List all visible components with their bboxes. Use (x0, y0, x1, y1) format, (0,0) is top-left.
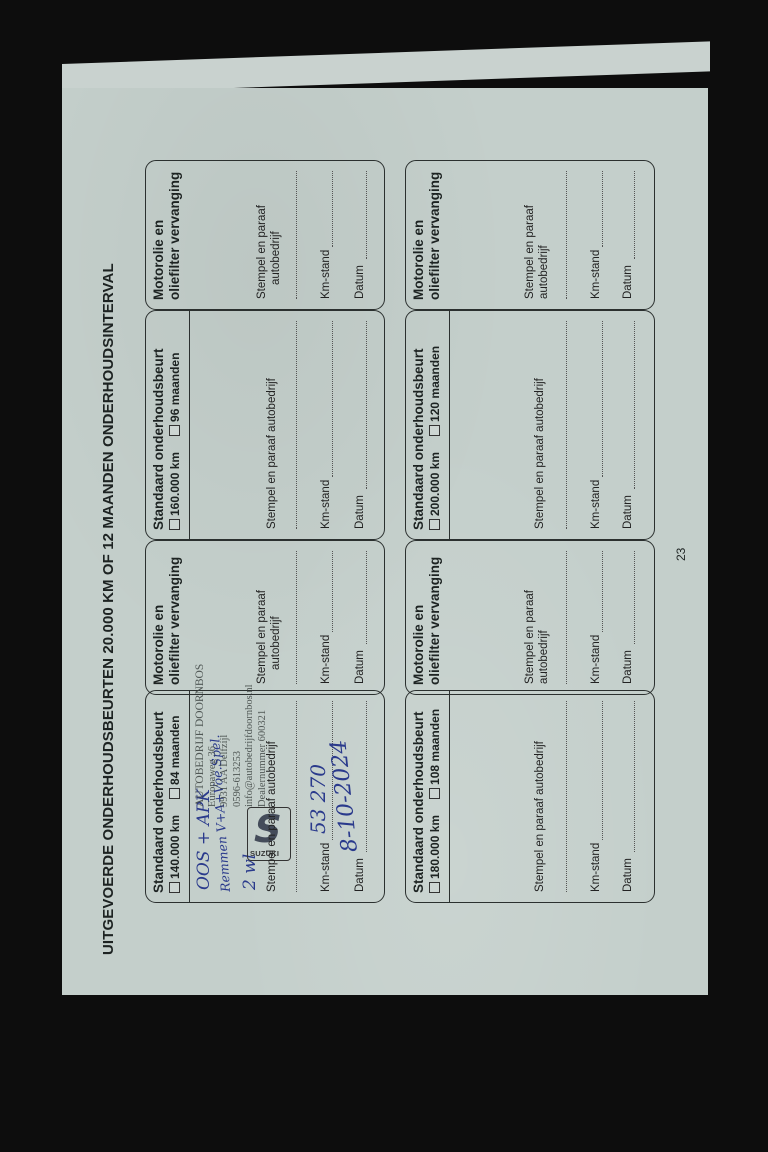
checkbox-km[interactable] (429, 882, 440, 893)
page-title: UITGEVOERDE ONDERHOUDSBEURTEN 20.000 KM … (100, 115, 117, 955)
service-box-180000: Standaard onderhoudsbeurt 180.000 km108 … (405, 690, 655, 903)
rotated-page-content: UITGEVOERDE ONDERHOUDSBEURTEN 20.000 KM … (62, 88, 708, 995)
checkbox-months[interactable] (429, 425, 440, 436)
maintenance-booklet-page: UITGEVOERDE ONDERHOUDSBEURTEN 20.000 KM … (62, 88, 708, 995)
date-line[interactable] (366, 171, 367, 259)
page-number: 23 (674, 548, 688, 561)
checkbox-months[interactable] (169, 788, 180, 799)
date-label: Datum (354, 858, 366, 892)
service-box-header: Standaard onderhoudsbeurt 160.000 km96 m… (146, 311, 190, 539)
service-box-200000: Standaard onderhoudsbeurt 200.000 km120 … (405, 310, 655, 540)
oil-box-header: Motorolie en oliefilter vervanging (406, 161, 450, 309)
oil-box-header: Motorolie en oliefilter vervanging (406, 541, 450, 694)
booklet-page-edges (62, 41, 710, 94)
stamp-label: Stempel en paraaf autobedrijf (534, 378, 546, 529)
date-line[interactable] (366, 321, 367, 489)
date-line[interactable] (634, 171, 635, 259)
signature-line (296, 321, 297, 529)
checkbox-km[interactable] (429, 519, 440, 530)
date-label: Datum (622, 650, 634, 684)
service-box-header: Standaard onderhoudsbeurt 180.000 km108 … (406, 691, 450, 902)
stamp-label: Stempel en paraaf (524, 590, 536, 684)
date-line[interactable] (366, 551, 367, 644)
km-line[interactable] (602, 701, 603, 840)
checkbox-months[interactable] (429, 788, 440, 799)
signature-line (296, 551, 297, 684)
stamp-label: Stempel en paraaf autobedrijf (534, 741, 546, 892)
km-interval: 140.000 km (168, 815, 182, 879)
oil-box-header: Motorolie en oliefilter vervanging (146, 161, 190, 309)
handwritten-km: 53 270 (306, 764, 330, 834)
checkbox-km[interactable] (169, 882, 180, 893)
stamp-label: Stempel en paraaf (256, 205, 268, 299)
oil-change-box-2: Motorolie en oliefilter vervanging Stemp… (145, 160, 385, 310)
km-line[interactable] (602, 171, 603, 247)
date-label: Datum (622, 858, 634, 892)
km-label: Km-stand (590, 843, 602, 892)
date-line[interactable] (366, 701, 367, 852)
date-label: Datum (354, 650, 366, 684)
km-label: Km-stand (320, 480, 332, 529)
signature-line (566, 701, 567, 892)
signature-line (296, 171, 297, 299)
km-line[interactable] (602, 321, 603, 477)
km-line[interactable] (332, 321, 333, 477)
km-line[interactable] (602, 551, 603, 632)
service-box-header: Standaard onderhoudsbeurt 140.000 km84 m… (146, 691, 190, 902)
oil-box-header: Motorolie en oliefilter vervanging (146, 541, 190, 694)
service-box-160000: Standaard onderhoudsbeurt 160.000 km96 m… (145, 310, 385, 540)
signature-line (566, 171, 567, 299)
signature-line (296, 701, 297, 892)
km-label: Km-stand (590, 250, 602, 299)
date-line[interactable] (634, 321, 635, 489)
km-label: Km-stand (320, 635, 332, 684)
date-label: Datum (622, 265, 634, 299)
date-line[interactable] (634, 701, 635, 852)
service-box-header: Standaard onderhoudsbeurt 200.000 km120 … (406, 311, 450, 539)
oil-change-box-4: Motorolie en oliefilter vervanging Stemp… (405, 160, 655, 310)
service-title: Standaard onderhoudsbeurt (151, 691, 167, 893)
checkbox-months[interactable] (169, 425, 180, 436)
km-label: Km-stand (590, 635, 602, 684)
signature-line (566, 551, 567, 684)
stamp-label: Stempel en paraaf (256, 590, 268, 684)
checkbox-km[interactable] (169, 519, 180, 530)
months-interval: 84 maanden (168, 716, 182, 785)
stamp-label: Stempel en paraaf autobedrijf (266, 741, 278, 892)
date-label: Datum (622, 495, 634, 529)
signature-line (566, 321, 567, 529)
oil-change-box-1: Motorolie en oliefilter vervanging Stemp… (145, 540, 385, 695)
km-label: Km-stand (320, 843, 332, 892)
km-line[interactable] (332, 551, 333, 632)
km-label: Km-stand (590, 480, 602, 529)
date-label: Datum (354, 495, 366, 529)
km-line[interactable] (332, 171, 333, 247)
km-label: Km-stand (320, 250, 332, 299)
date-line[interactable] (634, 551, 635, 644)
service-box-140000: Standaard onderhoudsbeurt 140.000 km84 m… (145, 690, 385, 903)
oil-change-box-3: Motorolie en oliefilter vervanging Stemp… (405, 540, 655, 695)
date-label: Datum (354, 265, 366, 299)
stamp-label: Stempel en paraaf (524, 205, 536, 299)
stamp-label: Stempel en paraaf autobedrijf (266, 378, 278, 529)
